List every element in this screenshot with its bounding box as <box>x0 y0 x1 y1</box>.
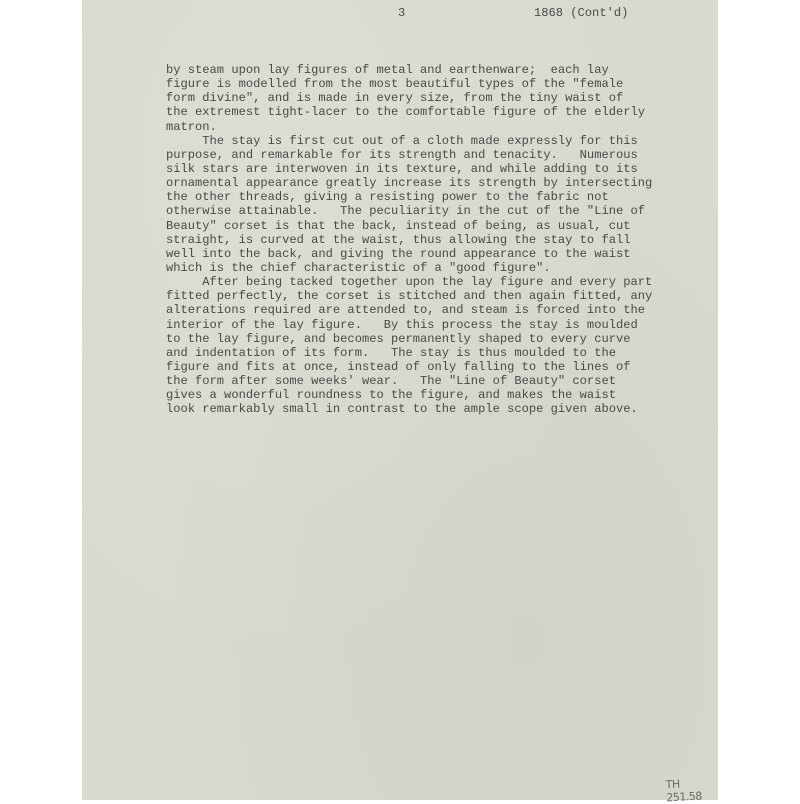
running-head: 1868 (Cont'd) <box>534 6 628 20</box>
text-line: by steam upon lay figures of metal and e… <box>166 63 652 77</box>
text-line: alterations required are attended to, an… <box>166 303 652 317</box>
archive-reference-handwritten: TH 251.58 <box>665 776 718 800</box>
text-line: otherwise attainable. The peculiarity in… <box>166 204 652 218</box>
text-line: and indentation of its form. The stay is… <box>166 346 652 360</box>
text-line: interior of the lay figure. By this proc… <box>166 318 652 332</box>
text-line: gives a wonderful roundness to the figur… <box>166 388 652 402</box>
text-line: matron. <box>166 120 652 134</box>
text-line: look remarkably small in contrast to the… <box>166 402 652 416</box>
text-line: The stay is first cut out of a cloth mad… <box>166 134 652 148</box>
text-line: purpose, and remarkable for its strength… <box>166 148 652 162</box>
body-text: by steam upon lay figures of metal and e… <box>166 63 652 417</box>
text-line: the form after some weeks' wear. The "Li… <box>166 374 652 388</box>
text-line: to the lay figure, and becomes permanent… <box>166 332 652 346</box>
text-line: silk stars are interwoven in its texture… <box>166 162 652 176</box>
text-line: Beauty" corset is that the back, instead… <box>166 219 652 233</box>
text-line: form divine", and is made in every size,… <box>166 91 652 105</box>
text-line: the extremest tight-lacer to the comfort… <box>166 105 652 119</box>
text-line: ornamental appearance greatly increase i… <box>166 176 652 190</box>
page-number: 3 <box>398 6 405 20</box>
text-line: figure is modelled from the most beautif… <box>166 77 652 91</box>
text-line: figure and fits at once, instead of only… <box>166 360 652 374</box>
text-line: fitted perfectly, the corset is stitched… <box>166 289 652 303</box>
text-line: the other threads, giving a resisting po… <box>166 190 652 204</box>
text-line: After being tacked together upon the lay… <box>166 275 652 289</box>
document-page: 3 1868 (Cont'd) by steam upon lay figure… <box>82 0 718 800</box>
text-line: straight, is curved at the waist, thus a… <box>166 233 652 247</box>
text-line: which is the chief characteristic of a "… <box>166 261 652 275</box>
text-line: well into the back, and giving the round… <box>166 247 652 261</box>
